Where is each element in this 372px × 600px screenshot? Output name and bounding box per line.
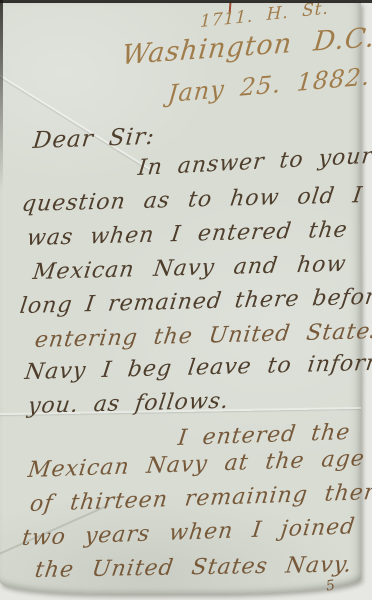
letter-line: Navy I beg leave to inform — [23, 350, 372, 385]
letter-paper: 1711. H. St. Washington D.C. Jany 25. 18… — [0, 2, 361, 594]
letter-line: question as to how old I — [20, 183, 364, 217]
letter-line: I entered the — [176, 420, 351, 451]
scan-edge-top — [0, 0, 372, 3]
letter-line: the United States Navy. — [33, 552, 354, 583]
letter-line: two years when I joined — [20, 514, 356, 551]
letter-line: entering the United States — [33, 319, 372, 353]
letter-line: of thirteen remaining there — [28, 479, 372, 517]
date-line: Jany 25. 1882. — [167, 62, 372, 108]
letter-line: Mexican Navy at the age — [26, 446, 366, 483]
scan-edge-left — [0, 0, 3, 190]
letter-scan-page: 1711. H. St. Washington D.C. Jany 25. 18… — [0, 0, 372, 600]
letter-line: long I remained there before — [18, 284, 372, 319]
letter-line: you. as follows. — [26, 389, 230, 419]
letter-line: In answer to your — [137, 144, 372, 181]
place-line: Washington D.C. — [120, 22, 372, 71]
letter-line: Mexican Navy and how — [31, 252, 348, 285]
fold-crease — [0, 62, 150, 170]
letter-line: was when I entered the — [25, 218, 349, 251]
salutation: Dear Sir: — [32, 124, 157, 154]
page-number: 5 — [325, 577, 336, 594]
